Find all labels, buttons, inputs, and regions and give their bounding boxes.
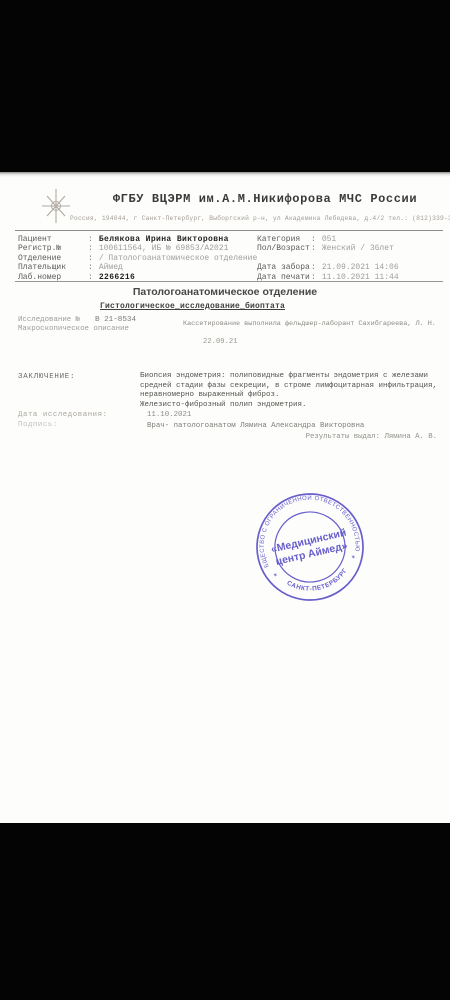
conclusion-line: Биопсия эндометрия: полиповидные фрагмен… [140, 372, 442, 382]
patient-row: Категория:051 [257, 235, 399, 244]
conclusion-label: ЗАКЛЮЧЕНИЕ: [18, 373, 75, 381]
cassette-note: Кассетирование выполнила фельдшер-лабора… [183, 320, 436, 328]
org-title: ФГБУ ВЦЭРМ им.А.М.Никифорова МЧС России [88, 192, 442, 206]
patient-info-left: Пациент:Белякова Ирина Викторовна Регист… [18, 235, 257, 282]
stamp-ring-bottom-text: САНКТ-ПЕТЕРБУРГ [284, 566, 352, 599]
macro-description-label: Макроскопическое описание [18, 325, 129, 333]
divider-patient-block [15, 281, 443, 282]
patient-row: Отделение:/ Патологоанатомическое отделе… [18, 254, 257, 263]
conclusion-line: средней стадии фазы секреции, в строме л… [140, 382, 442, 392]
field-label: Плательщик [18, 263, 88, 272]
sampling-date-value: 21.09.2021 14:06 [316, 263, 399, 272]
conclusion-line: неравномерно выраженный фиброз. [140, 391, 442, 401]
patient-row: Пациент:Белякова Ирина Викторовна [18, 235, 257, 244]
field-label: Пол/Возраст [257, 244, 311, 253]
field-label: Категория [257, 235, 311, 244]
study-number-value: В 21-8534 [95, 316, 136, 324]
paper-top-edge [0, 172, 450, 177]
mchs-emblem-icon [40, 188, 72, 224]
field-label: Отделение [18, 254, 88, 263]
cassette-date: 22.09.21 [203, 338, 238, 346]
scanned-document-page: ФГБУ ВЦЭРМ им.А.М.Никифорова МЧС России … [0, 172, 450, 823]
conclusion-text: Биопсия эндометрия: полиповидные фрагмен… [140, 372, 442, 410]
study-type-title: Гистологическое_исследование_биоптата [100, 302, 285, 311]
patient-row: Регистр.№:100611564, ИБ № 69853/А2021 [18, 244, 257, 253]
category-value: 051 [316, 235, 336, 244]
department-section-title: Патологоанатомическое отделение [0, 286, 450, 298]
sex-age-value: Женский / 36лет [316, 244, 394, 253]
divider-top [15, 230, 443, 231]
doctor-name-line: Врач- патологоанатом Лямина Александра В… [147, 422, 364, 430]
patient-name-value: Белякова Ирина Викторовна [93, 235, 229, 244]
stamp-star-right-icon: ✶ [351, 553, 358, 562]
patient-row: Пол/Возраст:Женский / 36лет [257, 244, 399, 253]
clinic-round-stamp: ОБЩЕСТВО С ОГРАНИЧЕННОЙ ОТВЕТСТВЕННОСТЬЮ… [240, 477, 380, 617]
patient-info-right: Категория:051 Пол/Возраст:Женский / 36ле… [257, 235, 399, 282]
study-number-label: Исследование № [18, 316, 80, 324]
field-label: Регистр.№ [18, 244, 88, 253]
field-label: Пациент [18, 235, 88, 244]
department-value: / Патологоанатомическое отделение [93, 254, 257, 263]
conclusion-line: Железисто-фиброзный полип эндометрия. [140, 401, 442, 411]
study-date-value: 11.10.2021 [147, 411, 191, 419]
org-address: Россия, 194044, г Санкт-Петербург, Выбор… [70, 215, 442, 222]
register-number-value: 100611564, ИБ № 69853/А2021 [93, 244, 229, 253]
results-issued-by: Результаты выдал: Лямина А. В. [306, 433, 437, 441]
study-date-label: Дата исследования: [18, 411, 108, 419]
signature-label: Подпись: [18, 421, 58, 429]
patient-row: Плательщик:Аймед [18, 263, 257, 272]
payer-value: Аймед [93, 263, 123, 272]
field-label: Дата забора [257, 263, 311, 272]
stamp-star-left-icon: ✶ [273, 571, 280, 580]
patient-row: Дата забора:21.09.2021 14:06 [257, 263, 399, 272]
